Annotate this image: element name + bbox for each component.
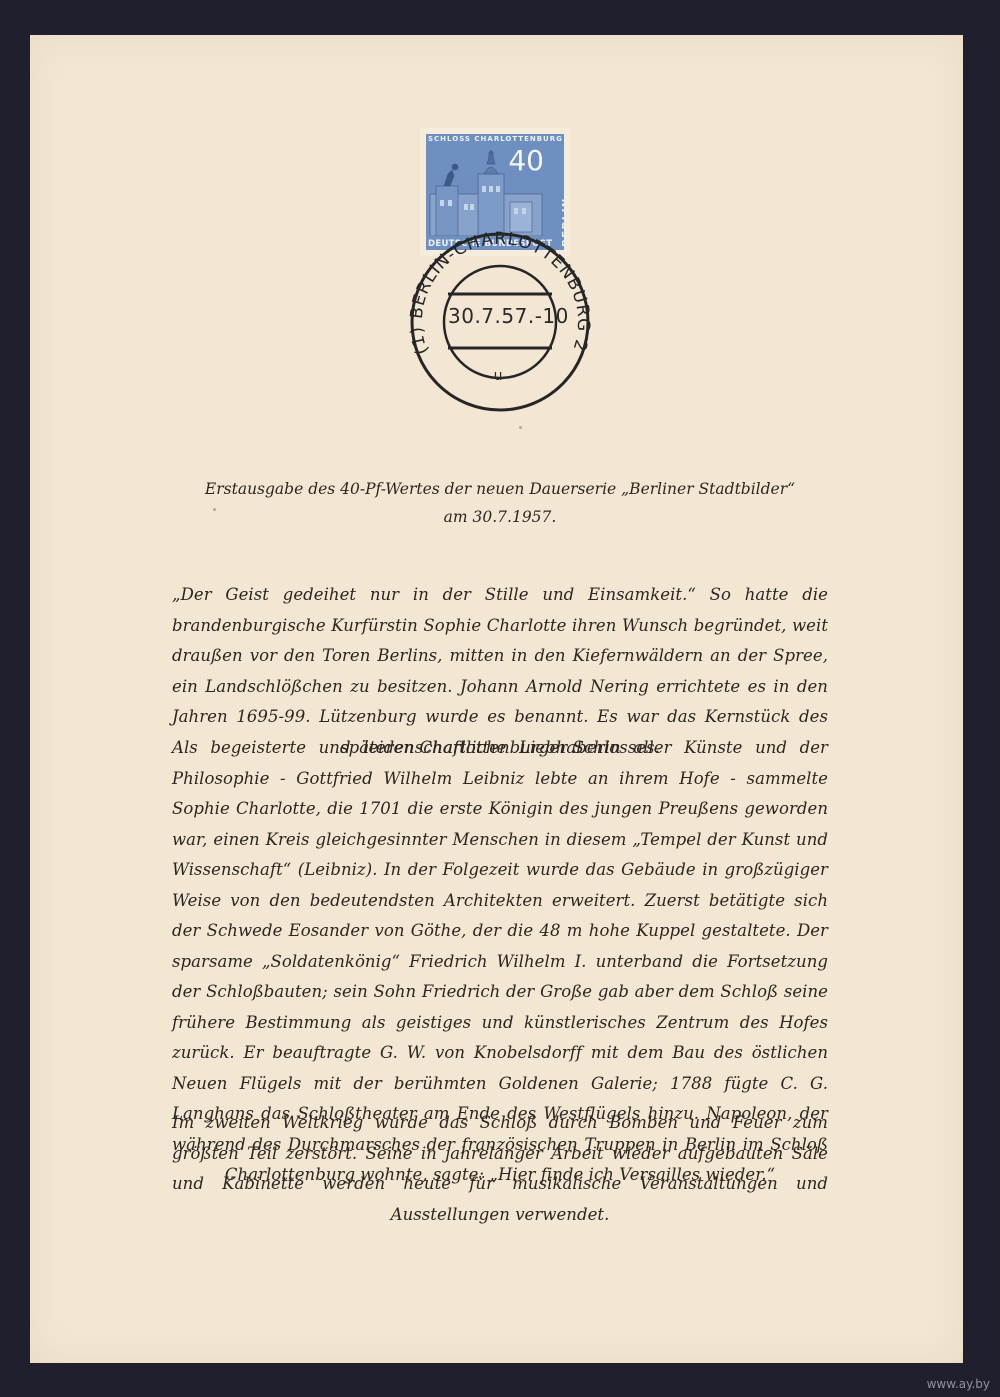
stamp-denomination: 40	[508, 144, 544, 177]
issue-title: Erstausgabe des 40-Pf-Wertes der neuen D…	[150, 480, 850, 498]
stamp-title: SCHLOSS CHARLOTTENBURG	[428, 135, 562, 143]
paragraph-3: Im zweiten Weltkrieg wurde das Schloß du…	[172, 1108, 828, 1230]
paper-speck	[213, 508, 216, 511]
watermark: www.ay.by	[927, 1377, 990, 1391]
postmark-code: u	[488, 368, 508, 384]
issue-date: am 30.7.1957.	[150, 508, 850, 526]
paper-speck	[519, 426, 522, 429]
postmark-date: 30.7.57.-10	[448, 304, 558, 328]
